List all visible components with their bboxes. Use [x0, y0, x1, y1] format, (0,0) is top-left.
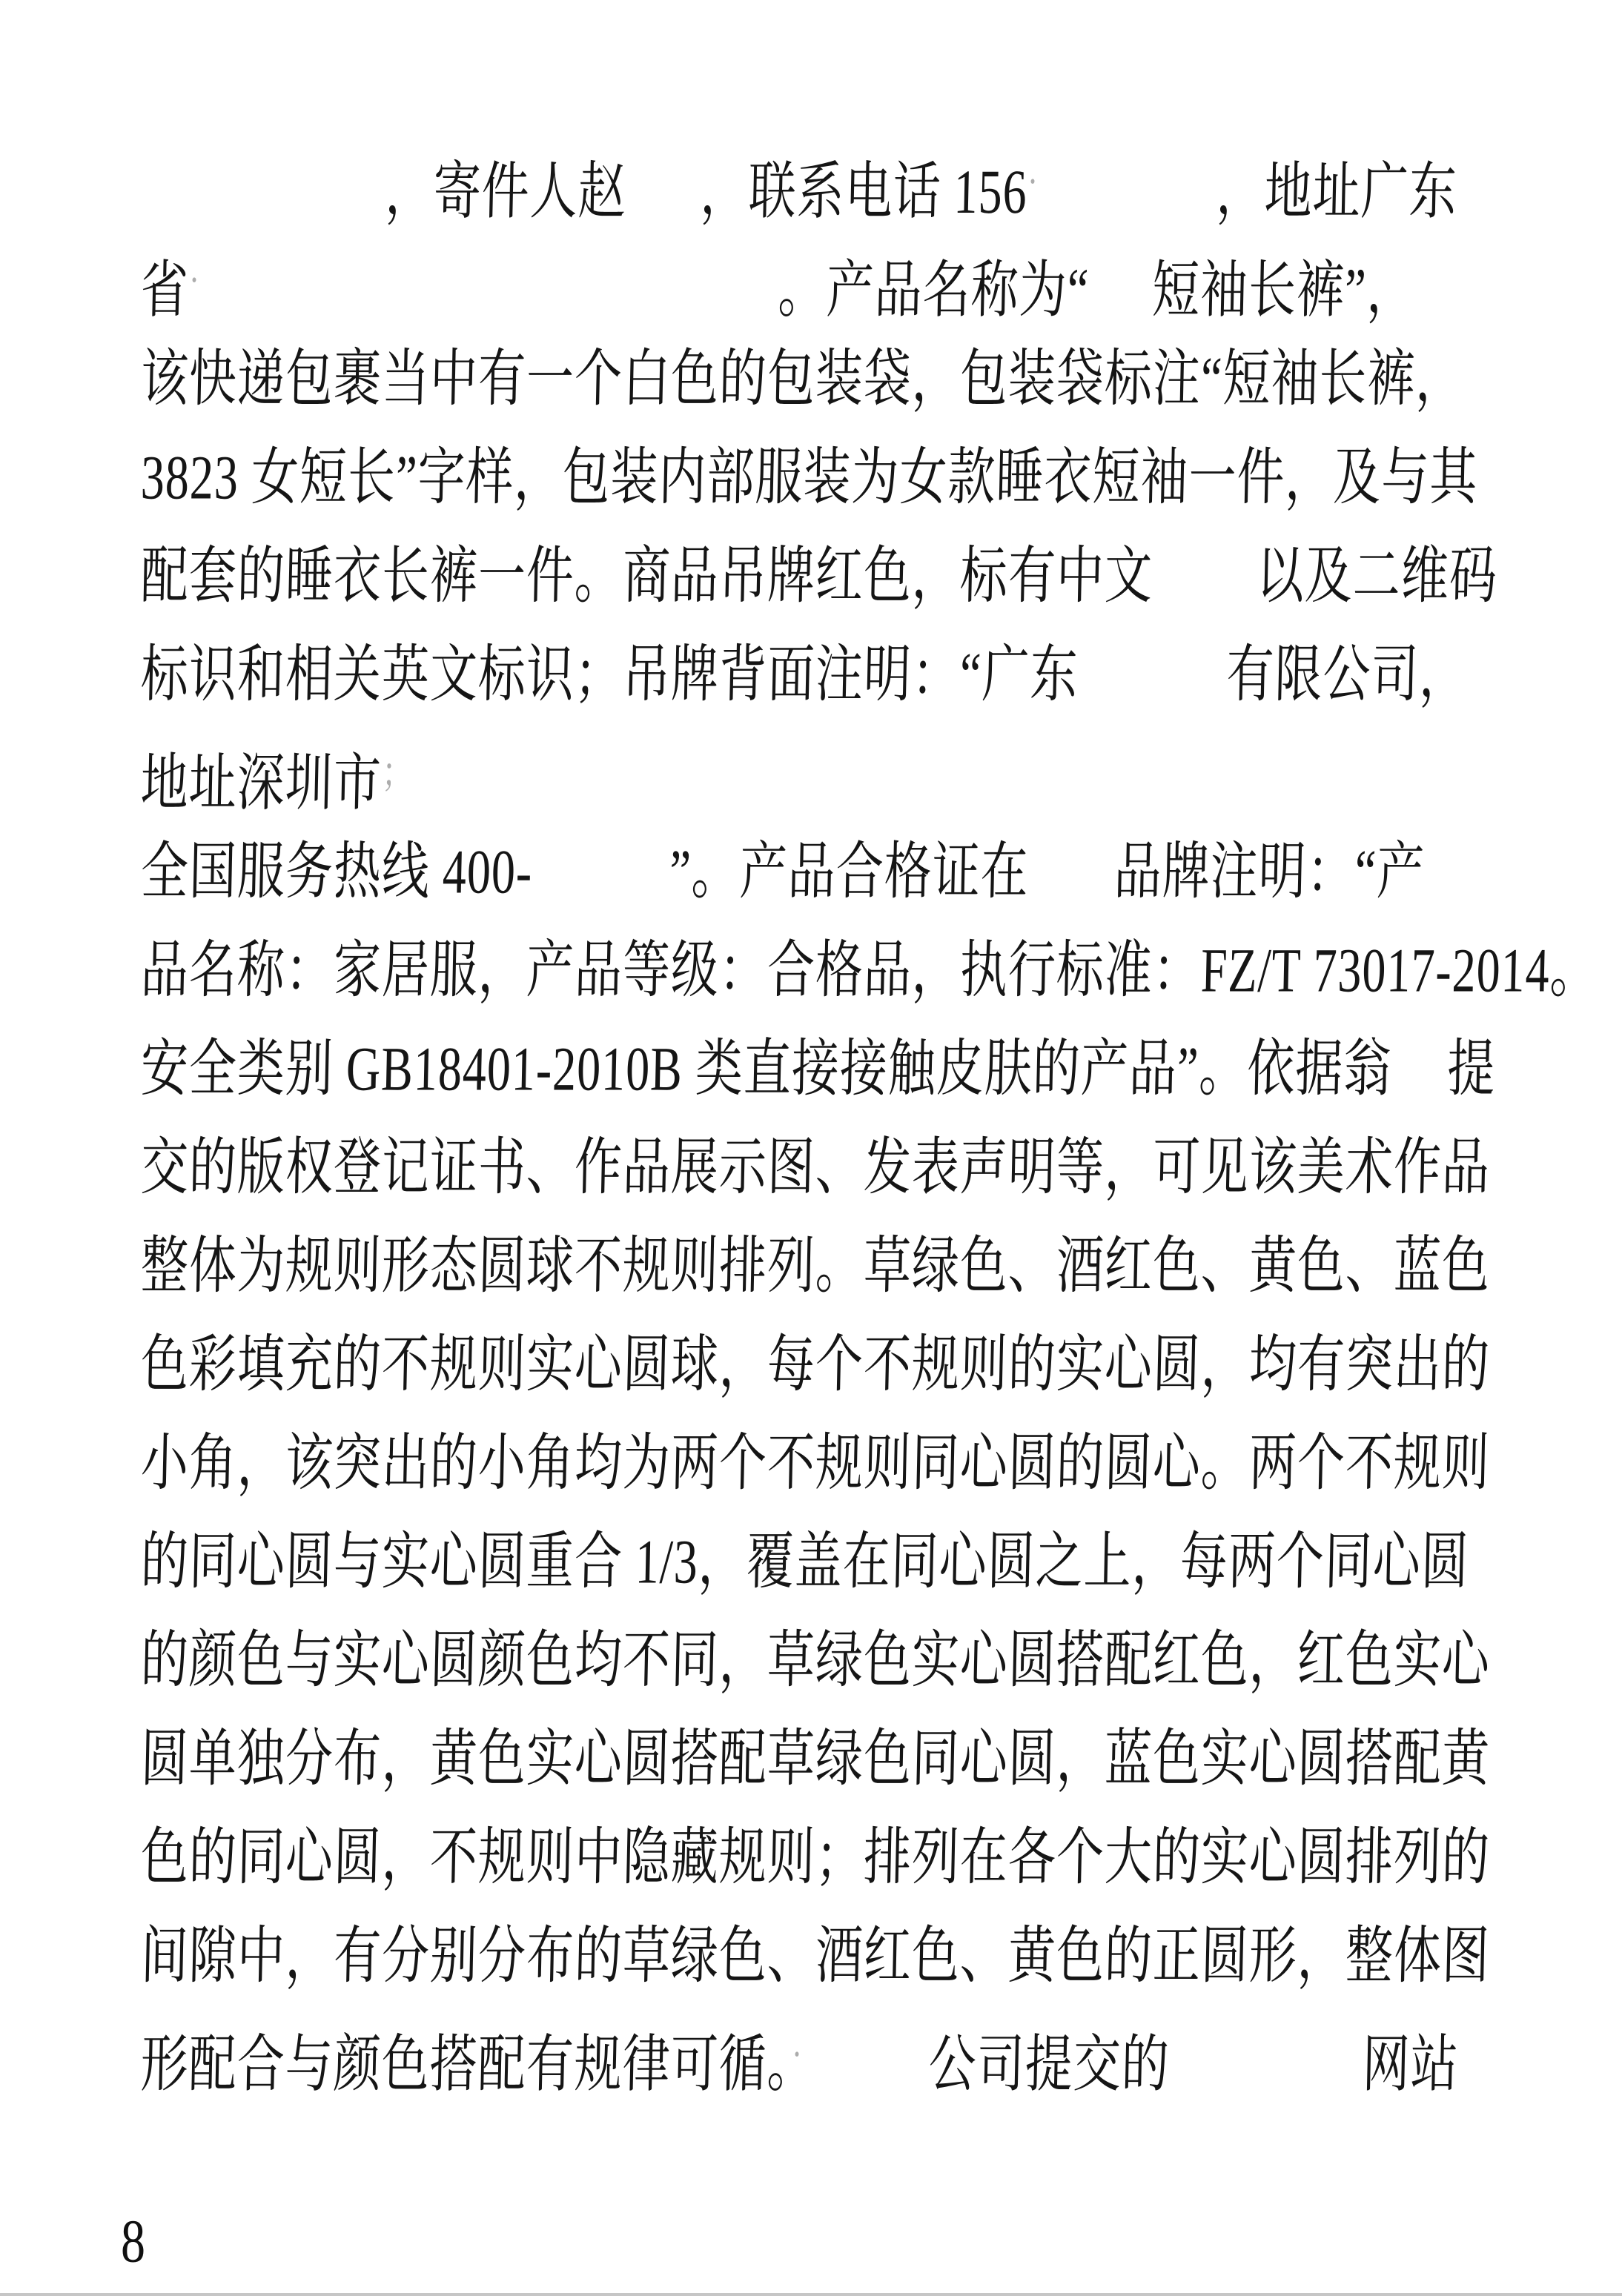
document-line: 整体为规则形态圆球不规则排列。草绿色、酒红色、黄色、蓝色	[139, 1212, 1558, 1321]
redacted-gap	[1038, 212, 1216, 213]
text-segment: 。产品名称为“	[778, 256, 1090, 325]
document-line: 圆单独分布，黄色实心圆搭配草绿色同心圆，蓝色实心圆搭配黄	[139, 1705, 1558, 1814]
redacted-gap	[1391, 1089, 1447, 1089]
text-segment: 配套的睡衣长裤一件。商品吊牌红色，标有中文	[140, 541, 1153, 611]
document-line: 地址深圳市；	[139, 719, 1558, 829]
document-line: 色彩填充的不规则实心圆球，每个不规则的实心圆，均有突出的	[139, 1310, 1558, 1420]
document-line: 配套的睡衣长裤一件。商品吊牌红色，标有中文以及二维码	[139, 522, 1558, 631]
redacted-gap	[802, 2085, 928, 2086]
text-segment: 交的版权登记证书、作品展示图、发表声明等，可见该美术作品	[140, 1132, 1491, 1202]
document-line: 间隙中，有分别分布的草绿色、酒红色、黄色的正圆形，整体图	[139, 1902, 1558, 2011]
document-line: 全国服务热线 400-”。产品合格证在品牌注明：“产	[139, 817, 1558, 927]
document-line: 3823 女短长”字样，包装内部服装为女款睡衣短袖一件，及与其	[139, 423, 1558, 533]
redacted-gap	[626, 212, 700, 213]
text-segment: 提	[1446, 1034, 1496, 1104]
document-line: ，寄件人赵，联系电话 156·，地址广东	[139, 127, 1558, 237]
text-segment: ，联系电话 156	[700, 157, 1028, 227]
text-segment: 圆单独分布，黄色实心圆搭配草绿色同心圆，蓝色实心圆搭配黄	[140, 1724, 1491, 1794]
redacted-gap	[1169, 2085, 1362, 2086]
text-segment: ，地址广东	[1216, 157, 1458, 227]
document-line: 的颜色与实心圆颜色均不同，草绿色实心圆搭配红色，红色实心	[139, 1606, 1558, 1716]
redacted-gap	[1028, 892, 1113, 892]
redacted-gap	[532, 892, 669, 892]
document-line: 省·。产品名称为“短袖长裤”，	[139, 226, 1558, 336]
redacted-gap	[1078, 694, 1226, 695]
text-segment: 该快递包裹当中有一个白色的包装袋，包装袋标注“短袖长裤，	[140, 344, 1464, 414]
redacted-gap	[1089, 311, 1152, 311]
text-segment: 整体为规则形态圆球不规则排列。草绿色、酒红色、黄色、蓝色	[140, 1231, 1491, 1301]
document-line: 的同心圆与实心圆重合 1/3，覆盖在同心圆之上，每两个同心圆	[139, 1507, 1558, 1617]
text-segment: ，寄件人赵	[385, 157, 627, 227]
document-line: 交的版权登记证书、作品展示图、发表声明等，可见该美术作品	[139, 1113, 1558, 1223]
redaction-artifact: ；	[381, 751, 414, 797]
text-segment: 色彩填充的不规则实心圆球，每个不规则的实心圆，均有突出的	[140, 1330, 1491, 1399]
text-segment: 色的同心圆，不规则中隐藏规则；排列在各个大的实心圆排列的	[140, 1822, 1491, 1892]
document-line: 形配合与颜色搭配有规律可循。·公司提交的网站	[139, 2000, 1558, 2110]
text-segment: 以及二维码	[1256, 541, 1498, 611]
document-page: ，寄件人赵，联系电话 156·，地址广东省·。产品名称为“短袖长裤”，该快递包裹…	[0, 0, 1622, 2296]
redacted-gap	[1152, 596, 1256, 597]
redaction-artifact: ·	[188, 259, 200, 304]
text-segment: 安全类别 GB18401-2010B 类直接接触皮肤的产品”。依据翁	[140, 1034, 1392, 1104]
text-segment: 品牌注明：“产	[1113, 837, 1426, 906]
document-line: 标识和相关英文标识；吊牌背面注明：“广东有限公司，	[139, 620, 1558, 730]
scan-bottom-edge	[0, 2293, 1622, 2296]
document-line: 色的同心圆，不规则中隐藏规则；排列在各个大的实心圆排列的	[139, 1803, 1558, 1913]
text-segment: 的同心圆与实心圆重合 1/3，覆盖在同心圆之上，每两个同心圆	[140, 1527, 1470, 1596]
redaction-artifact: ·	[791, 2033, 803, 2078]
redacted-gap	[140, 212, 385, 213]
document-line: 小角，该突出的小角均为两个不规则同心圆的圆心。两个不规则	[139, 1409, 1558, 1519]
text-segment: 网站	[1362, 2030, 1460, 2100]
text-segment: 公司提交的	[928, 2030, 1171, 2100]
document-line: 该快递包裹当中有一个白色的包装袋，包装袋标注“短袖长裤，	[139, 325, 1558, 434]
text-segment: 品名称：家居服，产品等级：合格品，执行标准：FZ/T 73017-2014。	[140, 935, 1599, 1005]
redaction-artifact: ·	[1027, 160, 1039, 205]
page-number: 8	[121, 2196, 145, 2289]
text-segment: 有限公司，	[1225, 640, 1468, 709]
text-segment: 地址深圳市	[140, 749, 383, 818]
text-segment: 省	[140, 256, 190, 325]
text-segment: 短袖长裤”，	[1151, 256, 1415, 325]
text-segment: 小角，该突出的小角均为两个不规则同心圆的圆心。两个不规则	[140, 1428, 1491, 1498]
text-segment: 形配合与颜色搭配有规律可循。	[140, 2030, 792, 2100]
document-line: 品名称：家居服，产品等级：合格品，执行标准：FZ/T 73017-2014。	[139, 916, 1558, 1026]
text-segment: 全国服务热线 400-	[140, 837, 533, 906]
text-segment: 间隙中，有分别分布的草绿色、酒红色、黄色的正圆形，整体图	[140, 1921, 1491, 1991]
document-line: 安全类别 GB18401-2010B 类直接接触皮肤的产品”。依据翁提	[139, 1015, 1558, 1124]
text-segment: 标识和相关英文标识；吊牌背面注明：“广东	[140, 640, 1079, 709]
redacted-gap	[199, 311, 778, 311]
text-segment: ”。产品合格证在	[669, 837, 1029, 906]
text-segment: 3823 女短长”字样，包装内部服装为女款睡衣短袖一件，及与其	[140, 442, 1478, 512]
text-segment: 的颜色与实心圆颜色均不同，草绿色实心圆搭配红色，红色实心	[140, 1625, 1491, 1695]
